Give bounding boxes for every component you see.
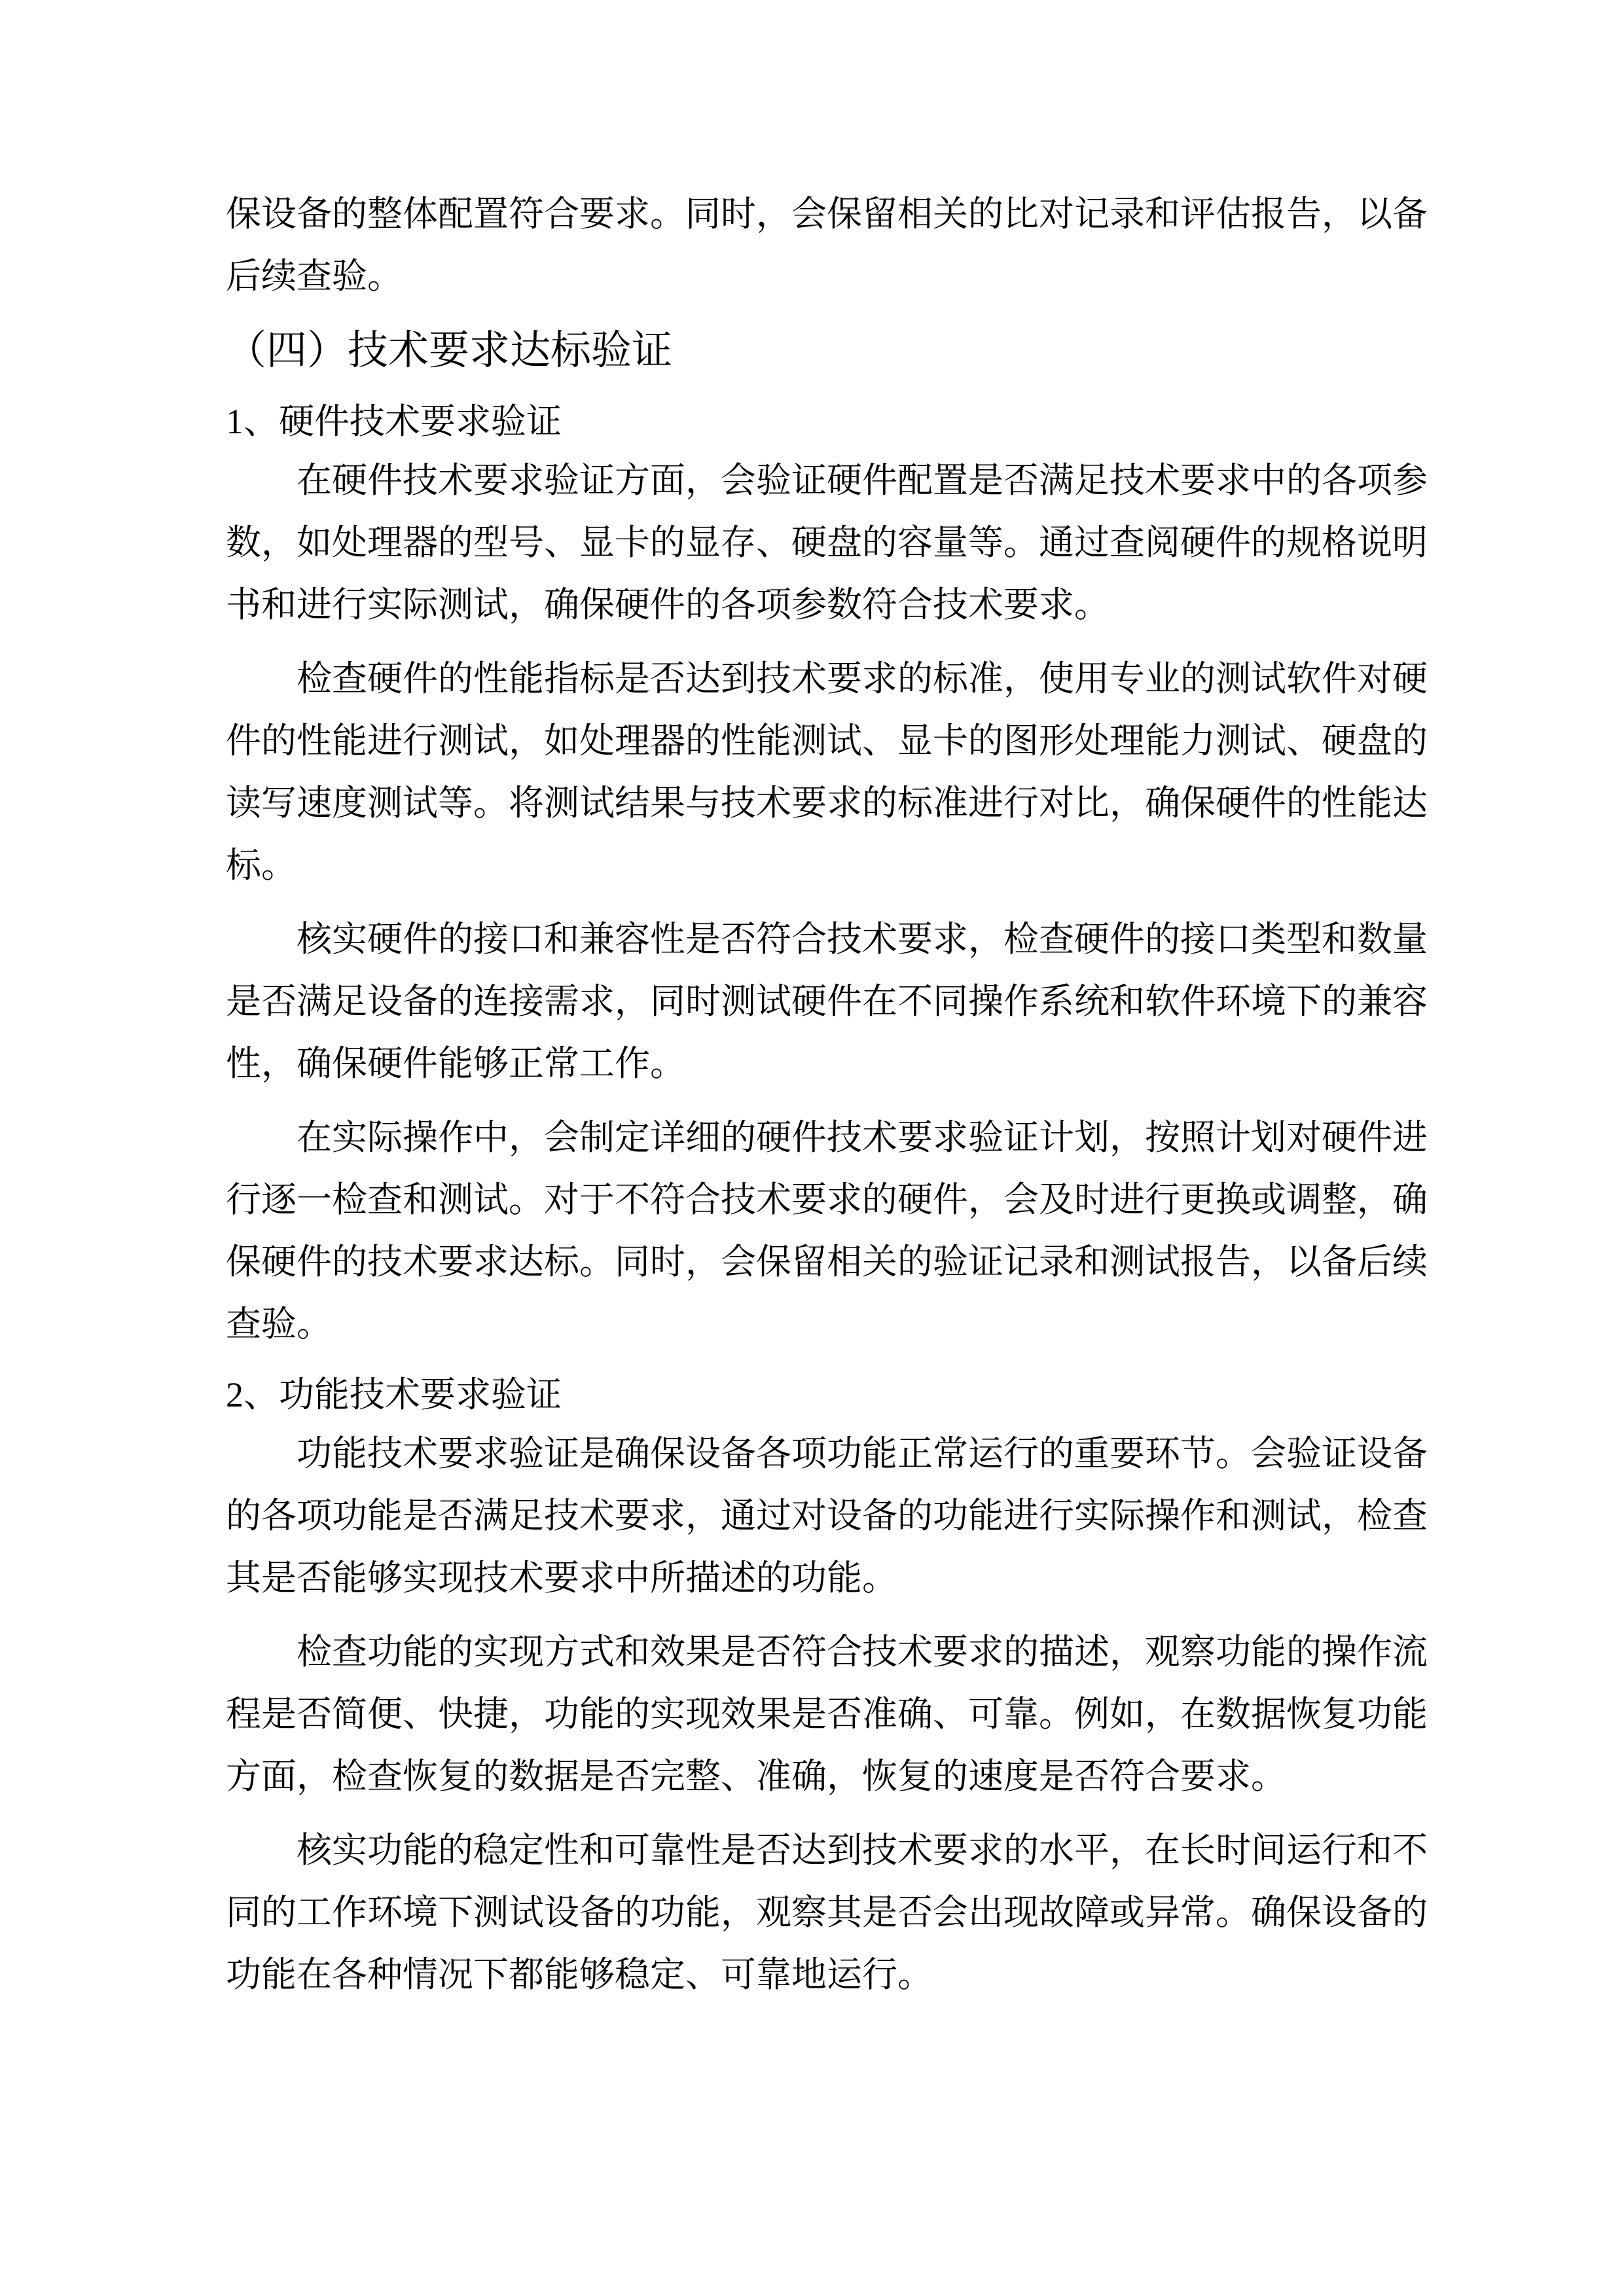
- paragraph-hardware-performance: 检查硬件的性能指标是否达到技术要求的标准，使用专业的测试软件对硬 件的性能进行测…: [226, 648, 1430, 897]
- document-page: 保设备的整体配置符合要求。同时，会保留相关的比对记录和评估报告，以备 后续查验。…: [0, 0, 1624, 2296]
- paragraph-function-overview: 功能技术要求验证是确保设备各项功能正常运行的重要环节。会验证设备 的各项功能是否…: [226, 1423, 1430, 1609]
- paragraph-hardware-verification-plan: 在实际操作中，会制定详细的硬件技术要求验证计划，按照计划对硬件进 行逐一检查和测…: [226, 1107, 1430, 1355]
- document-content: 保设备的整体配置符合要求。同时，会保留相关的比对记录和评估报告，以备 后续查验。…: [226, 183, 1430, 2006]
- paragraph-hardware-compatibility: 核实硬件的接口和兼容性是否符合技术要求，检查硬件的接口类型和数量 是否满足设备的…: [226, 908, 1430, 1095]
- paragraph-continuation: 保设备的整体配置符合要求。同时，会保留相关的比对记录和评估报告，以备 后续查验。: [226, 183, 1430, 308]
- paragraph-function-stability: 核实功能的稳定性和可靠性是否达到技术要求的水平，在长时间运行和不 同的工作环境下…: [226, 1820, 1430, 2006]
- subsection-heading-1-hardware: 1、硬件技术要求验证: [226, 394, 1430, 450]
- subsection-heading-2-function: 2、功能技术要求验证: [226, 1367, 1430, 1423]
- section-heading-4: （四）技术要求达标验证: [226, 319, 1430, 382]
- paragraph-function-effect: 检查功能的实现方式和效果是否符合技术要求的描述，观察功能的操作流 程是否简便、快…: [226, 1621, 1430, 1808]
- paragraph-hardware-params: 在硬件技术要求验证方面，会验证硬件配置是否满足技术要求中的各项参 数，如处理器的…: [226, 450, 1430, 636]
